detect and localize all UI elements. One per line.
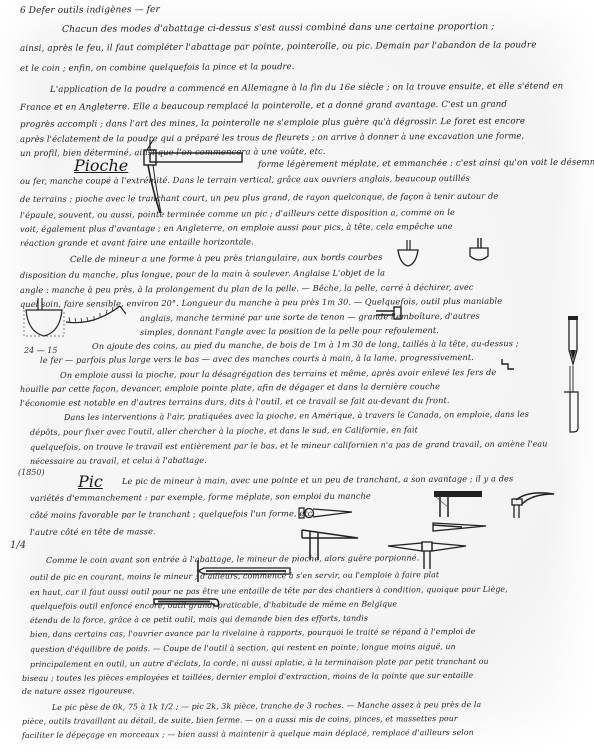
text-line: en haut, car il faut aussi outil pour ne… bbox=[30, 585, 508, 597]
text-line: quelquefois outil enfoncé encore, outil … bbox=[30, 599, 397, 611]
shovel-cross-section-sketch-icon bbox=[20, 298, 68, 346]
page-number: 6 bbox=[20, 6, 26, 16]
text-line: bien, dans certains cas, l'ouvrier avanc… bbox=[30, 627, 475, 639]
curved-blade-sketch-icon bbox=[64, 302, 126, 328]
margin-date-note: (1850) bbox=[18, 468, 45, 477]
text-line: Le pic pèse de 0k, 75 à 1k 1/2 ; — pic 2… bbox=[52, 700, 481, 712]
wedge-blade-sketch-icon bbox=[432, 522, 488, 532]
sketch-dimension-label: 24 — 15 bbox=[24, 346, 57, 355]
text-line: forme légèrement méplate, et emmanchée :… bbox=[258, 157, 594, 170]
text-line: Celle de mineur a une forme à peu près t… bbox=[70, 252, 383, 264]
text-line: angle : manche à peu près, à la prolonge… bbox=[20, 282, 474, 295]
tenon-handle-sketch-icon bbox=[376, 306, 404, 320]
text-line: ainsi, après le feu, il faut compléter l… bbox=[20, 40, 537, 54]
hammer-pick-sketch-icon bbox=[432, 489, 484, 519]
curved-pick-sketch-icon bbox=[508, 490, 556, 520]
text-line: l'économie est notable en d'autres terra… bbox=[20, 395, 450, 408]
text-line: étendu de la force, grâce à ce petit out… bbox=[30, 614, 368, 625]
text-line: Chacun des modes d'abattage ci-dessus s'… bbox=[62, 21, 495, 35]
step-notch-sketch-icon bbox=[500, 357, 516, 373]
text-line: après l'éclatement de la poudre qui a pr… bbox=[20, 130, 524, 144]
text-line: question d'équilibre de poids. — Coupe d… bbox=[30, 642, 456, 654]
text-line: L'application de la poudre a commencé en… bbox=[50, 81, 563, 95]
text-line: progrès accompli ; dans l'art des mines,… bbox=[20, 116, 525, 130]
section-title-pic: Pic bbox=[78, 472, 103, 491]
page-header: 6 Defer outils indigènes — fer bbox=[20, 5, 160, 16]
text-line: réaction grande et avant faire une entai… bbox=[20, 236, 254, 248]
text-line: Dans les interventions à l'air, pratiqué… bbox=[64, 410, 529, 422]
text-line: l'épaule, souvent, ou aussi, pointe term… bbox=[20, 207, 455, 220]
text-line: France et en Angleterre. Elle a beaucoup… bbox=[20, 100, 507, 113]
text-line: anglais, manche terminé par une sorte de… bbox=[140, 311, 480, 323]
header-line: Defer outils indigènes — fer bbox=[29, 5, 160, 16]
text-line: quelquefois, on trouve le travail est en… bbox=[30, 439, 548, 452]
text-line: outil de pic en courant, moins le mineur… bbox=[30, 570, 439, 582]
text-line: houille par cette façon, devancer, emplo… bbox=[20, 381, 440, 394]
text-line: principalement en outil, un autre d'écla… bbox=[30, 657, 489, 669]
shovel-english-sketch-icon bbox=[467, 238, 491, 266]
text-line: dépôts, pour fixer avec l'outil, aller c… bbox=[30, 425, 418, 437]
text-line: faciliter le dépeçage en morceaux ; — bi… bbox=[22, 728, 474, 740]
section-title-pioche: Pioche bbox=[74, 156, 128, 175]
text-line: ou fer, manche coupé à l'extrémité. Dans… bbox=[20, 173, 470, 186]
text-line: variétés d'emmanchement : par exemple, f… bbox=[30, 491, 371, 503]
text-line: le fer — parfois plus large vers le bas … bbox=[40, 352, 474, 365]
text-line: Le pic de mineur à main, avec une pointe… bbox=[122, 473, 513, 486]
text-line: de terrains : pioche avec le tranchant c… bbox=[20, 191, 498, 204]
text-line: l'autre côté en tête de masse. bbox=[30, 526, 156, 537]
text-line: et le coin ; enfin, on combine quelquefo… bbox=[20, 61, 295, 73]
shovel-sketch-icon bbox=[396, 240, 420, 268]
manuscript-page: 6 Defer outils indigènes — fer Chacun de… bbox=[0, 0, 594, 750]
pick-head-sketch-icon bbox=[298, 504, 354, 522]
text-line: disposition du manche, plus longue, pour… bbox=[20, 267, 385, 280]
margin-fraction-note: 1/4 bbox=[10, 540, 26, 551]
text-line: de nature assez rigoureuse. bbox=[22, 686, 135, 696]
text-line: pièce, outils travaillant au détail, de … bbox=[22, 714, 458, 726]
text-line: simples, donnant l'angle avec la positio… bbox=[140, 325, 439, 337]
chisel-sketch-icon bbox=[566, 316, 580, 366]
text-line: voit, également plus d'avantage ; en Ang… bbox=[20, 221, 453, 234]
text-line: biseau ; toutes les pièces employées et … bbox=[22, 671, 473, 683]
text-line: On emploie aussi la pioche, pour la désa… bbox=[60, 367, 496, 380]
text-line: côté moins favorable par le tranchant ; … bbox=[30, 508, 315, 520]
text-line: nécessaire au travail, et celui à l'abat… bbox=[30, 456, 207, 466]
text-line: On ajoute des coins, au pied du manche, … bbox=[92, 338, 519, 351]
bar-handle-sketch-icon bbox=[564, 366, 582, 434]
